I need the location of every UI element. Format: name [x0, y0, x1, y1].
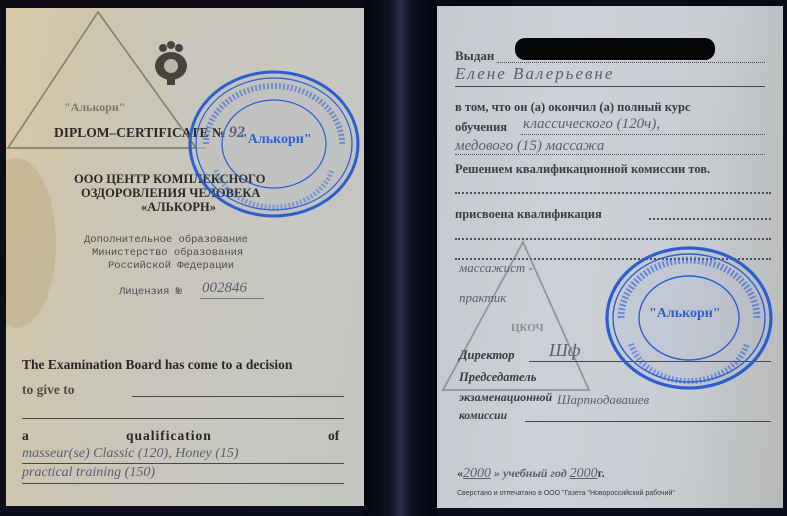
license-number: 002846 — [202, 280, 247, 297]
director-signature: Шф — [549, 340, 581, 361]
triangle-stamp-text: ЦКОЧ — [511, 322, 544, 334]
qualification-label: qualification — [126, 428, 212, 444]
qualification-a: a — [22, 428, 29, 444]
signature-handwritten: Шарпнодавашев — [557, 392, 649, 408]
redacted-surname — [515, 38, 715, 60]
qualification-assigned-label: присвоена квалификация — [455, 207, 602, 222]
course-completed-text: в том, что он (а) окончил (а) полный кур… — [455, 100, 691, 115]
edu-line3: Российской Федерации — [108, 260, 234, 272]
study-handwritten-1: классического (120ч), — [523, 116, 660, 133]
study-handwritten-2: медового (15) массажа — [455, 138, 604, 155]
qualification-handwritten-2: практик — [459, 290, 506, 306]
year-start-handwritten: 2000 — [463, 466, 491, 481]
recipient-line-2 — [22, 418, 344, 419]
give-to-label: to give to — [22, 382, 74, 398]
stamp-label-left: "Алькорн" — [240, 132, 312, 148]
edu-line2: Министерство образования — [92, 247, 243, 259]
exam-label: экзаменационной — [459, 390, 552, 405]
triangle-stamp-text: "Алькорн" — [64, 100, 125, 115]
booklet-spine — [364, 0, 437, 516]
edu-line1: Дополнительное образование — [84, 234, 248, 246]
study-label: обучения — [455, 120, 507, 135]
decision-text: Решением квалификационной комиссии тов. — [455, 162, 710, 177]
stamp-label-right: "Алькорн" — [649, 306, 721, 322]
water-stain — [6, 158, 56, 328]
license-label: Лицензия № — [119, 286, 182, 298]
right-page: Выдан Елене Валерьевне в том, что он (а)… — [437, 6, 783, 508]
qualification-handwritten-1: masseur(se) Classic (120), Honey (15) — [22, 446, 239, 462]
issued-name-handwritten: Елене Валерьевне — [455, 64, 614, 84]
chairman-label: Председатель — [459, 370, 536, 385]
recipient-line — [132, 396, 344, 397]
printer-note: Сверстано и отпечатано в ООО "Газета "Но… — [457, 490, 675, 497]
qualification-handwritten-1: массажист - — [459, 260, 533, 276]
year-end-handwritten: 2000 — [570, 466, 598, 481]
left-page: "Алькорн" DIPLOM–CERTIFICATE № 92 ООО ЦЕ… — [6, 8, 364, 506]
qualification-handwritten-2: practical training (150) — [22, 465, 155, 481]
academic-year: «2000 » учебный год 2000г. — [457, 466, 605, 482]
qualification-of: of — [328, 428, 339, 444]
director-label: Директор — [459, 348, 515, 363]
board-decision-text: The Examination Board has come to a deci… — [22, 357, 292, 373]
commission-label: комиссии — [459, 410, 507, 422]
issued-label: Выдан — [455, 48, 494, 64]
triangle-stamp-left — [6, 8, 206, 168]
